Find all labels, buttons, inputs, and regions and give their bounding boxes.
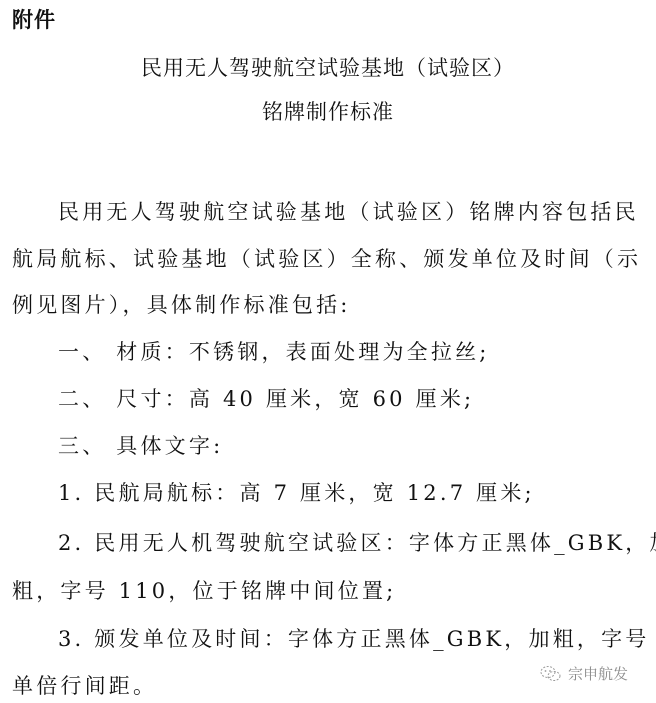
intro-paragraph-line-1: 民用无人驾驶航空试验基地（试验区）铭牌内容包括民 [58, 196, 639, 226]
document-title: 民用无人驾驶航空试验基地（试验区） [0, 52, 656, 82]
item-size: 二、 尺寸：高 40 厘米，宽 60 厘米; [58, 383, 474, 413]
sub-item-issuer-line-1: 3. 颁发单位及时间：字体方正黑体_GBK，加粗，字号 60， [58, 623, 656, 653]
wechat-icon [540, 665, 562, 683]
sub-item-issuer-line-2: 单倍行间距。 [12, 670, 157, 700]
sub-item-logo: 1. 民航局航标：高 7 厘米，宽 12.7 厘米; [58, 477, 535, 507]
sub-item-name-line-1: 2. 民用无人机驾驶航空试验区：字体方正黑体_GBK，加 [58, 527, 656, 557]
intro-paragraph-line-3: 例见图片），具体制作标准包括: [12, 289, 351, 319]
watermark: 宗申航发 [540, 663, 628, 684]
sub-item-name-line-2: 粗，字号 110，位于铭牌中间位置; [12, 575, 396, 605]
item-material: 一、 材质：不锈钢，表面处理为全拉丝; [58, 336, 490, 366]
attachment-label: 附件 [12, 4, 56, 34]
intro-paragraph-line-2: 航局航标、试验基地（试验区）全称、颁发单位及时间（示 [12, 243, 641, 273]
document-subtitle: 铭牌制作标准 [0, 96, 656, 126]
watermark-text: 宗申航发 [568, 663, 628, 684]
item-text: 三、 具体文字: [58, 430, 223, 460]
